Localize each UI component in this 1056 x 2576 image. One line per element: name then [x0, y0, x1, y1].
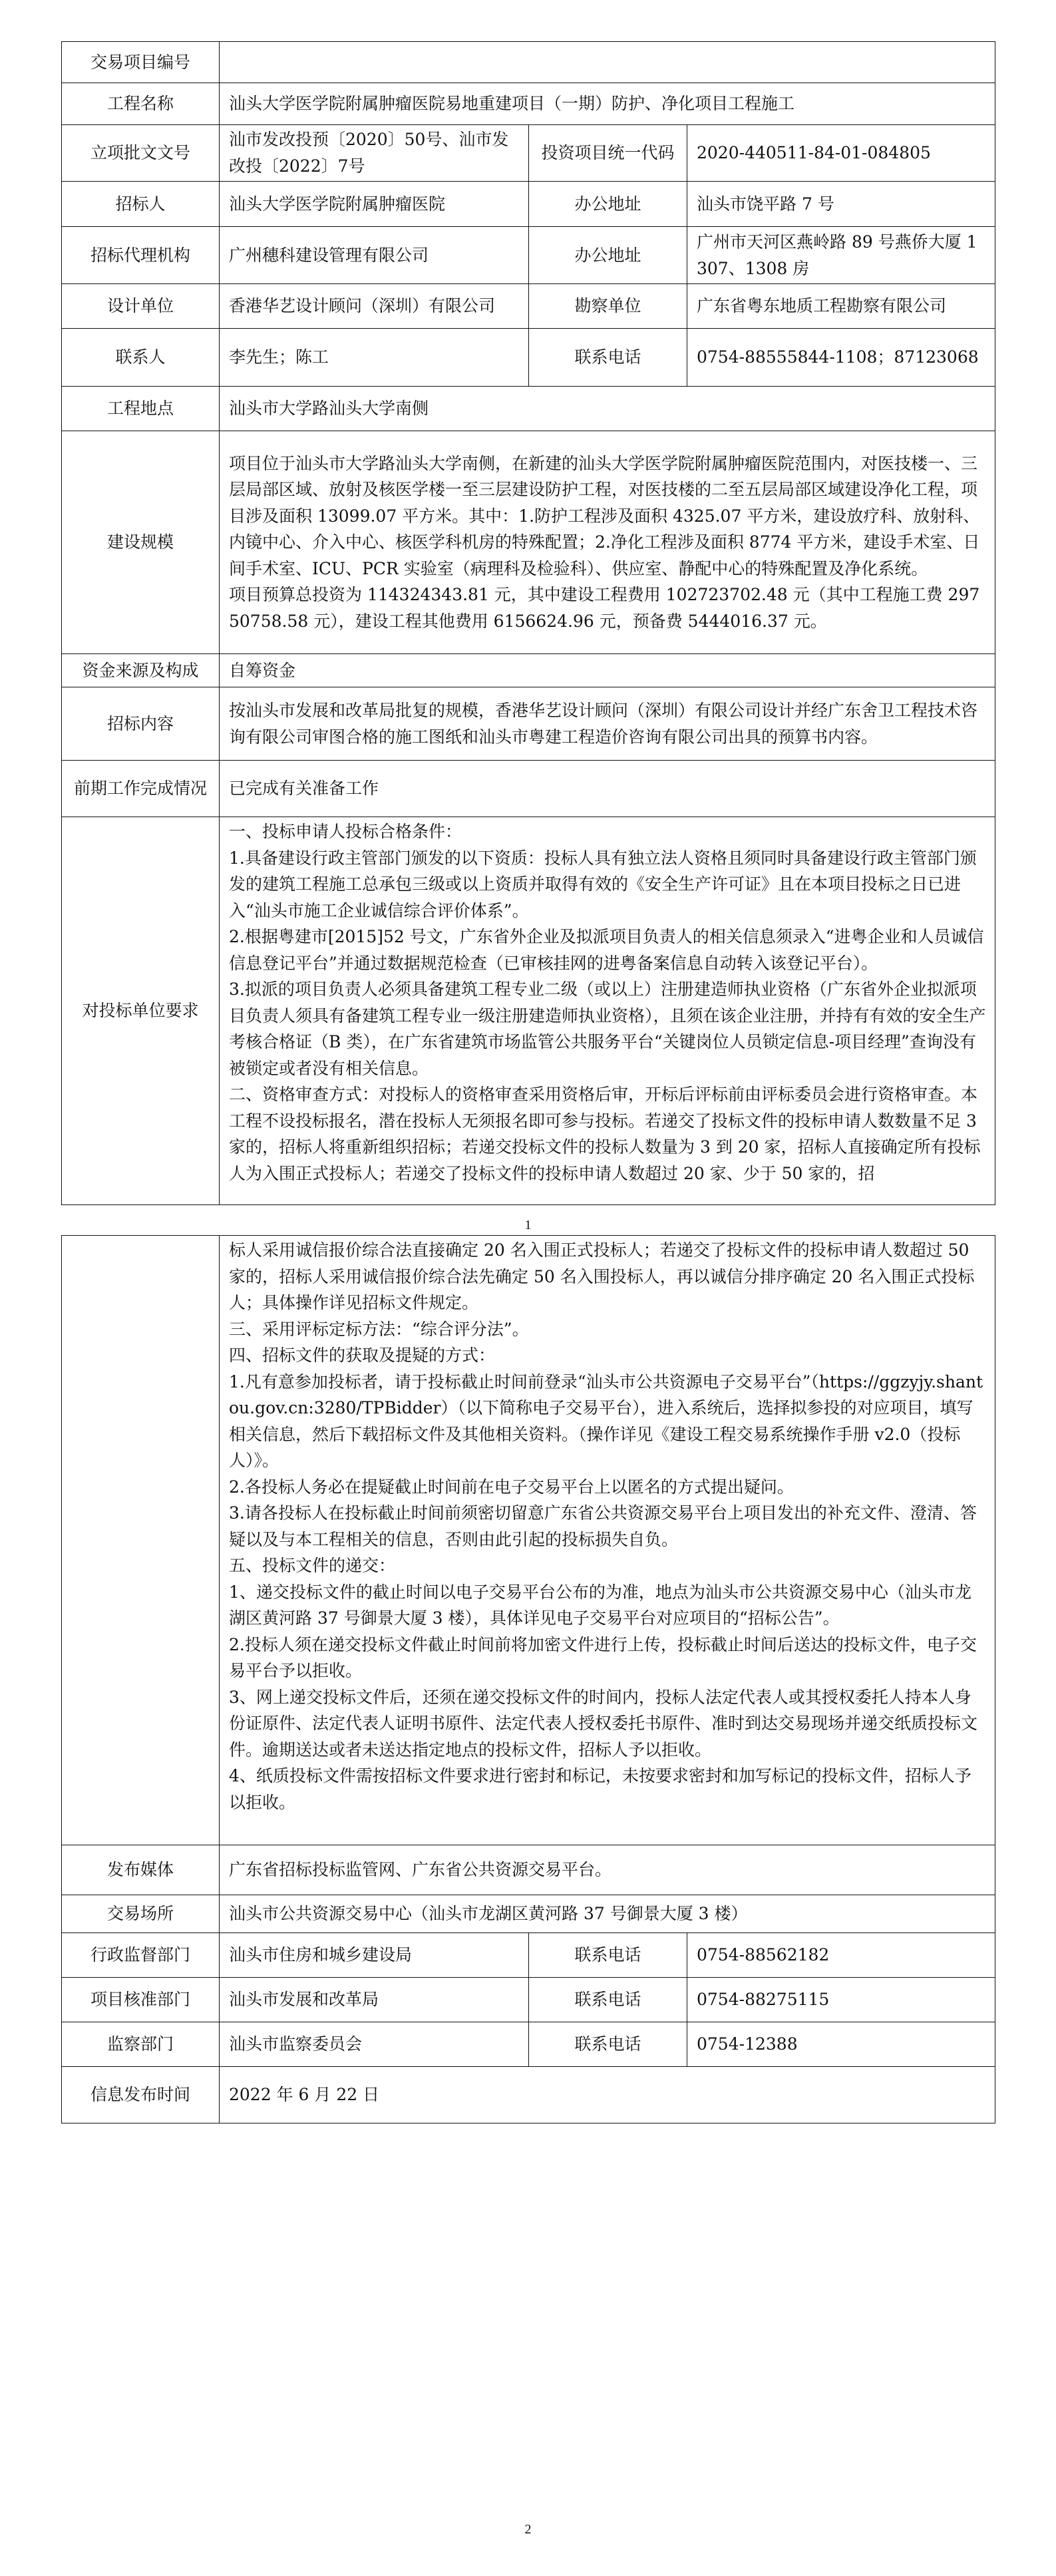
- label-contact: 联系人: [62, 329, 220, 387]
- requirements-cont-paragraph-4: 1.凡有意参加投标者，请于投标截止时间前登录“汕头市公共资源电子交易平台”（ht…: [229, 1369, 987, 1474]
- requirements-cont-paragraph-11: 4、纸质投标文件需按招标文件要求进行密封和标记，未按要求密封和加写标记的投标文件…: [229, 1763, 987, 1815]
- value-agency: 广州穗科建设管理有限公司: [220, 227, 529, 284]
- label-design-unit: 设计单位: [62, 284, 220, 329]
- label-investment-code: 投资项目统一代码: [529, 125, 687, 182]
- scale-paragraph-1: 项目位于汕头市大学路汕头大学南侧，在新建的汕头大学医学院附属肿瘤医院范围内，对医…: [229, 451, 987, 582]
- requirements-cont-paragraph-2: 三、采用评标定标方法：“综合评分法”。: [229, 1316, 987, 1343]
- value-location: 汕头市大学路汕头大学南侧: [220, 387, 995, 431]
- requirements-paragraph-5: 二、资格审查方式：对投标人的资格审查采用资格后审，开标后评标前由评标委员会进行资…: [229, 1081, 987, 1187]
- row-approval-dept: 项目核准部门 汕头市发展和改革局 联系电话 0754-88275115: [62, 1978, 995, 2022]
- label-scale: 建设规模: [62, 431, 220, 654]
- page-number-2: 2: [0, 2522, 1056, 2537]
- requirements-cont-paragraph-6: 3.请各投标人在投标截止时间前须密切留意广东省公共资源交易平台上项目发出的补充文…: [229, 1500, 987, 1553]
- label-funding: 资金来源及构成: [62, 654, 220, 687]
- tender-info-table-page1: 交易项目编号 工程名称 汕头大学医学院附属肿瘤医院易地重建项目（一期）防护、净化…: [61, 41, 995, 1205]
- value-prework: 已完成有关准备工作: [220, 761, 995, 817]
- label-supervision: 监察部门: [62, 2022, 220, 2067]
- label-supervision-phone: 联系电话: [529, 2022, 687, 2067]
- requirements-cont-paragraph-10: 3、网上递交投标文件后，还须在递交投标文件的时间内，投标人法定代表人或其授权委托…: [229, 1684, 987, 1763]
- row-funding: 资金来源及构成 自筹资金: [62, 654, 995, 687]
- label-prework: 前期工作完成情况: [62, 761, 220, 817]
- value-tenderer-address: 汕头市饶平路 7 号: [687, 182, 995, 227]
- value-trade-no: [220, 42, 995, 83]
- row-project-name: 工程名称 汕头大学医学院附属肿瘤医院易地重建项目（一期）防护、净化项目工程施工: [62, 83, 995, 125]
- tender-info-table-page2: 标人采用诚信报价综合法直接确定 20 名入围正式投标人；若递交了投标文件的投标申…: [61, 1235, 995, 2123]
- row-scale: 建设规模 项目位于汕头市大学路汕头大学南侧，在新建的汕头大学医学院附属肿瘤医院范…: [62, 431, 995, 654]
- requirements-cont-paragraph-1: 标人采用诚信报价综合法直接确定 20 名入围正式投标人；若递交了投标文件的投标申…: [229, 1237, 987, 1316]
- label-tenderer: 招标人: [62, 182, 220, 227]
- label-contact-phone: 联系电话: [529, 329, 687, 387]
- row-approval: 立项批文文号 汕市发改投预〔2020〕50号、汕市发改投〔2022〕7号 投资项…: [62, 125, 995, 182]
- label-agency: 招标代理机构: [62, 227, 220, 284]
- requirements-paragraph-3: 2.根据粤建市[2015]52 号文，广东省外企业及拟派项目负责人的相关信息须录…: [229, 924, 987, 976]
- page-number-1: 1: [0, 1218, 1056, 1233]
- requirements-paragraph-4: 3.拟派的项目负责人必须具备建筑工程专业二级（或以上）注册建造师执业资格（广东省…: [229, 976, 987, 1081]
- value-contact-phone: 0754-88555844-1108；87123068: [687, 329, 995, 387]
- requirements-paragraph-1: 一、投标申请人投标合格条件：: [229, 819, 987, 845]
- label-trade-no: 交易项目编号: [62, 42, 220, 83]
- row-supervision: 监察部门 汕头市监察委员会 联系电话 0754-12388: [62, 2022, 995, 2067]
- value-approval-doc: 汕市发改投预〔2020〕50号、汕市发改投〔2022〕7号: [220, 125, 529, 182]
- row-publish-time: 信息发布时间 2022 年 6 月 22 日: [62, 2067, 995, 2123]
- value-funding: 自筹资金: [220, 654, 995, 687]
- label-media: 发布媒体: [62, 1845, 220, 1895]
- requirements-cont-paragraph-7: 五、投标文件的递交：: [229, 1553, 987, 1579]
- requirements-cont-paragraph-8: 1、递交投标文件的截止时间以电子交易平台公布的为准，地点为汕头市公共资源交易中心…: [229, 1579, 987, 1632]
- value-requirements-continued: 标人采用诚信报价综合法直接确定 20 名入围正式投标人；若递交了投标文件的投标申…: [220, 1236, 995, 1845]
- value-project-name: 汕头大学医学院附属肿瘤医院易地重建项目（一期）防护、净化项目工程施工: [220, 83, 995, 125]
- value-media: 广东省招标投标监管网、广东省公共资源交易平台。: [220, 1845, 995, 1895]
- row-requirements-continued: 标人采用诚信报价综合法直接确定 20 名入围正式投标人；若递交了投标文件的投标申…: [62, 1236, 995, 1845]
- requirements-cont-paragraph-3: 四、招标文件的获取及提疑的方式：: [229, 1342, 987, 1369]
- value-tenderer: 汕头大学医学院附属肿瘤医院: [220, 182, 529, 227]
- value-venue: 汕头市公共资源交易中心（汕头市龙湖区黄河路 37 号御景大厦 3 楼）: [220, 1895, 995, 1933]
- label-requirements-continued: [62, 1236, 220, 1845]
- value-agency-address: 广州市天河区燕岭路 89 号燕侨大厦 1307、1308 房: [687, 227, 995, 284]
- value-content: 按汕头市发展和改革局批复的规模，香港华艺设计顾问（深圳）有限公司设计并经广东舍卫…: [220, 687, 995, 761]
- value-requirements: 一、投标申请人投标合格条件： 1.具备建设行政主管部门颁发的以下资质：投标人具有…: [220, 817, 995, 1205]
- label-requirements: 对投标单位要求: [62, 817, 220, 1205]
- row-contact: 联系人 李先生；陈工 联系电话 0754-88555844-1108；87123…: [62, 329, 995, 387]
- row-agency: 招标代理机构 广州穗科建设管理有限公司 办公地址 广州市天河区燕岭路 89 号燕…: [62, 227, 995, 284]
- label-survey-unit: 勘察单位: [529, 284, 687, 329]
- value-approval-dept: 汕头市发展和改革局: [220, 1978, 529, 2022]
- row-tenderer: 招标人 汕头大学医学院附属肿瘤医院 办公地址 汕头市饶平路 7 号: [62, 182, 995, 227]
- value-admin-dept: 汕头市住房和城乡建设局: [220, 1933, 529, 1978]
- value-publish-time: 2022 年 6 月 22 日: [220, 2067, 995, 2123]
- row-media: 发布媒体 广东省招标投标监管网、广东省公共资源交易平台。: [62, 1845, 995, 1895]
- label-agency-address: 办公地址: [529, 227, 687, 284]
- requirements-cont-paragraph-9: 2.投标人须在递交投标文件截止时间前将加密文件进行上传，投标截止时间后送达的投标…: [229, 1632, 987, 1684]
- label-admin-phone: 联系电话: [529, 1933, 687, 1978]
- scale-paragraph-2: 项目预算总投资为 114324343.81 元，其中建设工程费用 1027237…: [229, 582, 987, 634]
- value-supervision-phone: 0754-12388: [687, 2022, 995, 2067]
- label-project-name: 工程名称: [62, 83, 220, 125]
- value-admin-phone: 0754-88562182: [687, 1933, 995, 1978]
- label-approval-phone: 联系电话: [529, 1978, 687, 2022]
- row-location: 工程地点 汕头市大学路汕头大学南侧: [62, 387, 995, 431]
- value-contact: 李先生；陈工: [220, 329, 529, 387]
- row-trade-no: 交易项目编号: [62, 42, 995, 83]
- requirements-paragraph-2: 1.具备建设行政主管部门颁发的以下资质：投标人具有独立法人资格且须同时具备建设行…: [229, 845, 987, 924]
- label-approval-dept: 项目核准部门: [62, 1978, 220, 2022]
- requirements-cont-paragraph-5: 2.各投标人务必在提疑截止时间前在电子交易平台上以匿名的方式提出疑问。: [229, 1474, 987, 1501]
- row-requirements: 对投标单位要求 一、投标申请人投标合格条件： 1.具备建设行政主管部门颁发的以下…: [62, 817, 995, 1205]
- row-prework: 前期工作完成情况 已完成有关准备工作: [62, 761, 995, 817]
- row-venue: 交易场所 汕头市公共资源交易中心（汕头市龙湖区黄河路 37 号御景大厦 3 楼）: [62, 1895, 995, 1933]
- value-approval-phone: 0754-88275115: [687, 1978, 995, 2022]
- value-design-unit: 香港华艺设计顾问（深圳）有限公司: [220, 284, 529, 329]
- label-admin-dept: 行政监督部门: [62, 1933, 220, 1978]
- row-content: 招标内容 按汕头市发展和改革局批复的规模，香港华艺设计顾问（深圳）有限公司设计并…: [62, 687, 995, 761]
- value-investment-code: 2020-440511-84-01-084805: [687, 125, 995, 182]
- value-scale: 项目位于汕头市大学路汕头大学南侧，在新建的汕头大学医学院附属肿瘤医院范围内，对医…: [220, 431, 995, 654]
- value-supervision: 汕头市监察委员会: [220, 2022, 529, 2067]
- label-location: 工程地点: [62, 387, 220, 431]
- label-content: 招标内容: [62, 687, 220, 761]
- label-tenderer-address: 办公地址: [529, 182, 687, 227]
- row-design: 设计单位 香港华艺设计顾问（深圳）有限公司 勘察单位 广东省粤东地质工程勘察有限…: [62, 284, 995, 329]
- value-survey-unit: 广东省粤东地质工程勘察有限公司: [687, 284, 995, 329]
- label-venue: 交易场所: [62, 1895, 220, 1933]
- label-publish-time: 信息发布时间: [62, 2067, 220, 2123]
- row-admin: 行政监督部门 汕头市住房和城乡建设局 联系电话 0754-88562182: [62, 1933, 995, 1978]
- label-approval-doc: 立项批文文号: [62, 125, 220, 182]
